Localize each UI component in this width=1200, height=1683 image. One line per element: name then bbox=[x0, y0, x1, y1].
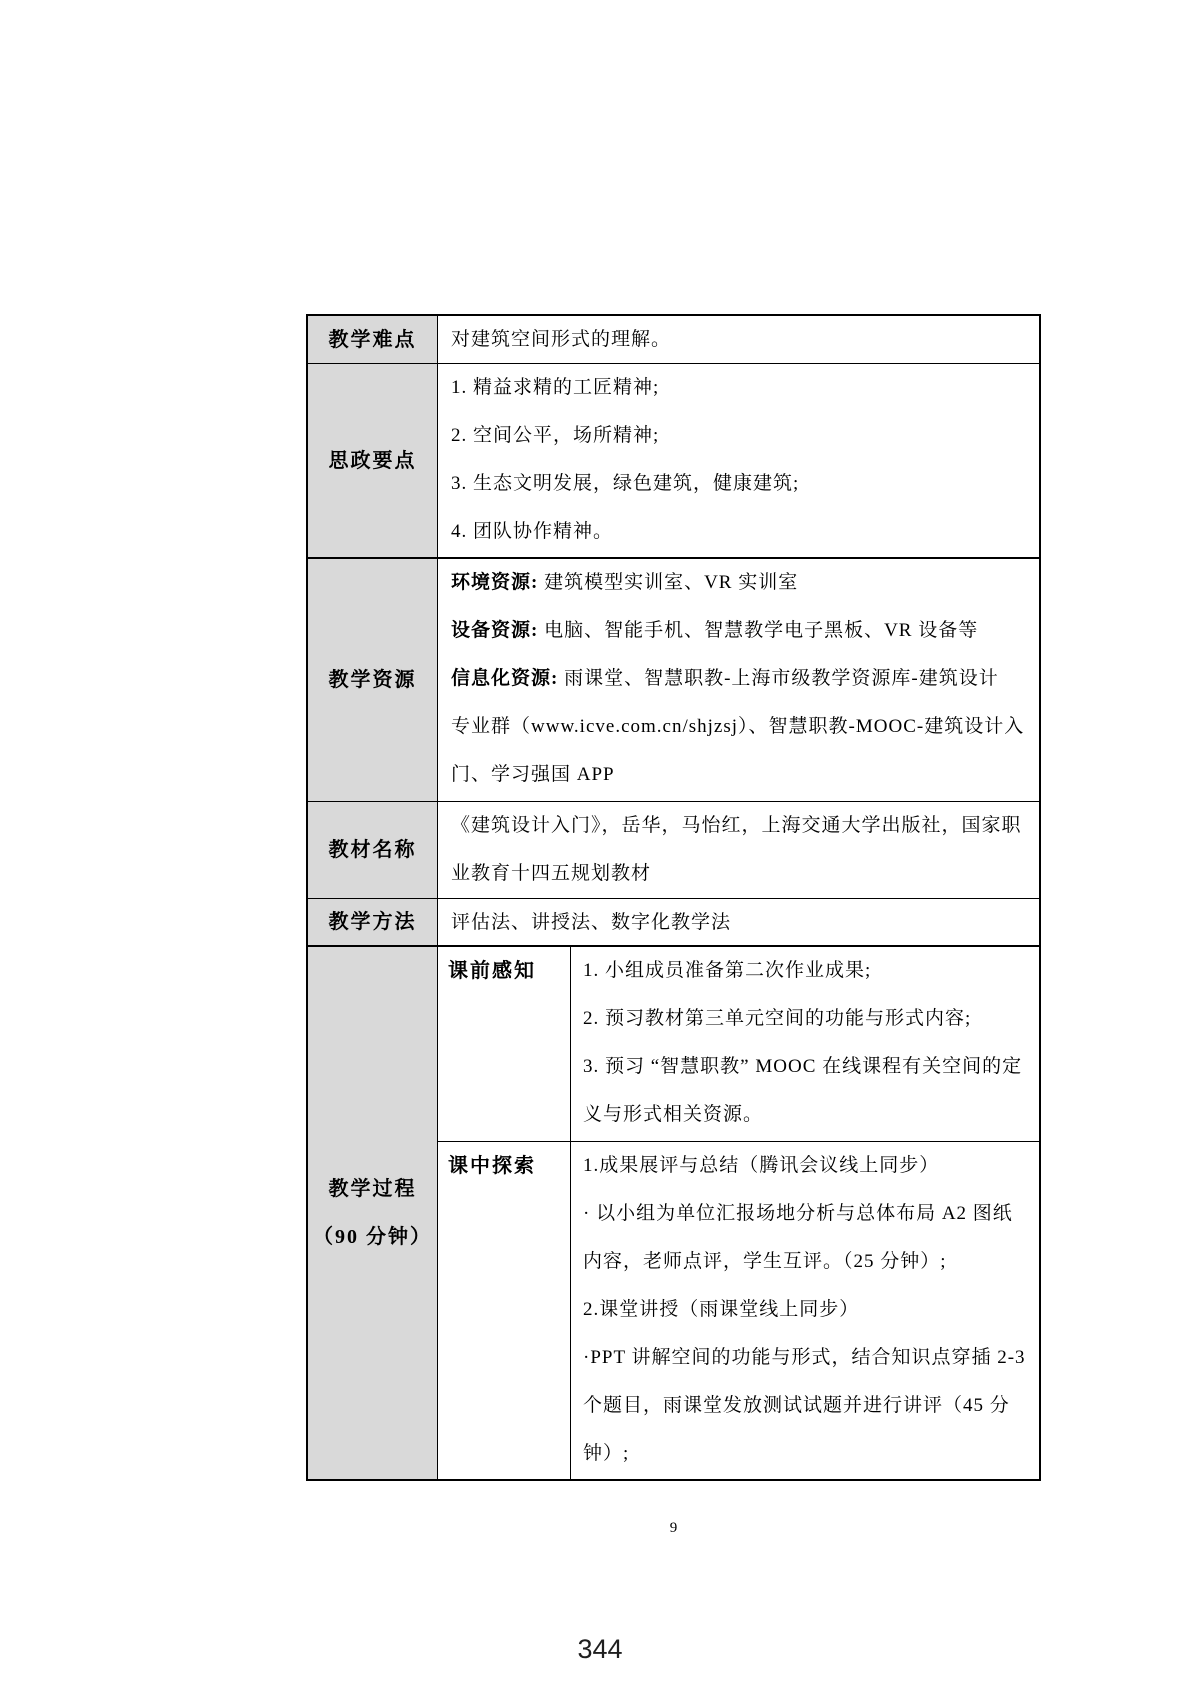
process-phases: 课前感知 1. 小组成员准备第二次作业成果; 2. 预习教材第三单元空间的功能与… bbox=[438, 947, 1039, 1479]
content-line: 义与形式相关资源。 bbox=[583, 1091, 1033, 1139]
content-line: 《建筑设计入门》，岳华，马怡红，上海交通大学出版社，国家职 bbox=[451, 802, 1031, 850]
content-line: 2.课堂讲授（雨课堂线上同步） bbox=[583, 1286, 1033, 1334]
content-ideology-points: 1. 精益求精的工匠精神; 2. 空间公平，场所精神; 3. 生态文明发展，绿色… bbox=[438, 364, 1039, 557]
content-line: 对建筑空间形式的理解。 bbox=[451, 316, 1031, 363]
phase-label: 课前感知 bbox=[448, 947, 570, 995]
document-page: 教学难点 对建筑空间形式的理解。 思政要点 1. 精益求精的工匠精神; 2. 空… bbox=[0, 0, 1200, 1683]
row-ideology-points: 思政要点 1. 精益求精的工匠精神; 2. 空间公平，场所精神; 3. 生态文明… bbox=[308, 364, 1039, 559]
resource-type-label: 环境资源: bbox=[451, 572, 544, 593]
phase-label-cell: 课中探索 bbox=[438, 1142, 571, 1479]
row-teaching-method: 教学方法 评估法、讲授法、数字化教学法 bbox=[308, 899, 1039, 947]
process-label-line2: （90 分钟） bbox=[313, 1213, 432, 1261]
content-line: 内容，老师点评，学生互评。（25 分钟）; bbox=[583, 1238, 1033, 1286]
content-line: 环境资源: 建筑模型实训室、VR 实训室 bbox=[451, 559, 1031, 607]
content-line: 专业群（www.icve.com.cn/shjzsj）、智慧职教-MOOC-建筑… bbox=[451, 703, 1031, 751]
phase-pre-class: 课前感知 1. 小组成员准备第二次作业成果; 2. 预习教材第三单元空间的功能与… bbox=[438, 947, 1039, 1142]
row-textbook-name: 教材名称 《建筑设计入门》，岳华，马怡红，上海交通大学出版社，国家职 业教育十四… bbox=[308, 802, 1039, 899]
content-line: 业教育十四五规划教材 bbox=[451, 850, 1031, 898]
content-line: 3. 生态文明发展，绿色建筑，健康建筑; bbox=[451, 460, 1031, 508]
content-line: 评估法、讲授法、数字化教学法 bbox=[451, 899, 1031, 945]
label-cell-teaching-resources: 教学资源 bbox=[308, 559, 438, 801]
resource-text: 电脑、智能手机、智慧教学电子黑板、VR 设备等 bbox=[544, 620, 978, 641]
label-cell-teaching-process: 教学过程 （90 分钟） bbox=[308, 947, 438, 1479]
content-line: 1. 小组成员准备第二次作业成果; bbox=[583, 947, 1033, 995]
content-line: 门、学习强国 APP bbox=[451, 751, 1031, 799]
content-line: 2. 预习教材第三单元空间的功能与形式内容; bbox=[583, 995, 1033, 1043]
resource-text: 雨课堂、智慧职教-上海市级教学资源库-建筑设计 bbox=[564, 668, 999, 689]
resource-type-label: 信息化资源: bbox=[451, 668, 564, 689]
phase-in-class: 课中探索 1.成果展评与总结（腾讯会议线上同步） · 以小组为单位汇报场地分析与… bbox=[438, 1142, 1039, 1479]
process-label-line1: 教学过程 bbox=[329, 1165, 417, 1213]
row-label: 教学资源 bbox=[329, 656, 417, 704]
content-line: ·PPT 讲解空间的功能与形式，结合知识点穿插 2-3 bbox=[583, 1334, 1033, 1382]
phase-content-pre-class: 1. 小组成员准备第二次作业成果; 2. 预习教材第三单元空间的功能与形式内容;… bbox=[571, 947, 1039, 1141]
phase-label: 课中探索 bbox=[448, 1142, 570, 1190]
phase-label-cell: 课前感知 bbox=[438, 947, 571, 1141]
content-line: 钟）; bbox=[583, 1430, 1033, 1478]
content-line: 1.成果展评与总结（腾讯会议线上同步） bbox=[583, 1142, 1033, 1190]
content-teaching-resources: 环境资源: 建筑模型实训室、VR 实训室 设备资源: 电脑、智能手机、智慧教学电… bbox=[438, 559, 1039, 801]
row-teaching-resources: 教学资源 环境资源: 建筑模型实训室、VR 实训室 设备资源: 电脑、智能手机、… bbox=[308, 559, 1039, 802]
row-label: 教材名称 bbox=[329, 826, 417, 874]
row-teaching-difficulty: 教学难点 对建筑空间形式的理解。 bbox=[308, 316, 1039, 364]
page-number: 9 bbox=[306, 1520, 1041, 1537]
resource-text: 建筑模型实训室、VR 实训室 bbox=[544, 572, 798, 593]
content-line: 设备资源: 电脑、智能手机、智慧教学电子黑板、VR 设备等 bbox=[451, 607, 1031, 655]
content-teaching-method: 评估法、讲授法、数字化教学法 bbox=[438, 899, 1039, 945]
label-cell-teaching-difficulty: 教学难点 bbox=[308, 316, 438, 363]
content-line: 2. 空间公平，场所精神; bbox=[451, 412, 1031, 460]
resource-type-label: 设备资源: bbox=[451, 620, 544, 641]
content-teaching-difficulty: 对建筑空间形式的理解。 bbox=[438, 316, 1039, 363]
label-cell-teaching-method: 教学方法 bbox=[308, 899, 438, 945]
row-label: 教学方法 bbox=[329, 898, 417, 946]
book-page-number: 344 bbox=[0, 1634, 1200, 1665]
row-label: 教学难点 bbox=[329, 316, 417, 364]
row-label: 思政要点 bbox=[329, 437, 417, 485]
content-line: 3. 预习 “智慧职教” MOOC 在线课程有关空间的定 bbox=[583, 1043, 1033, 1091]
phase-content-in-class: 1.成果展评与总结（腾讯会议线上同步） · 以小组为单位汇报场地分析与总体布局 … bbox=[571, 1142, 1039, 1479]
content-line: 个题目，雨课堂发放测试试题并进行讲评（45 分 bbox=[583, 1382, 1033, 1430]
row-teaching-process: 教学过程 （90 分钟） 课前感知 1. 小组成员准备第二次作业成果; 2. 预… bbox=[308, 947, 1039, 1479]
label-cell-ideology-points: 思政要点 bbox=[308, 364, 438, 557]
content-textbook-name: 《建筑设计入门》，岳华，马怡红，上海交通大学出版社，国家职 业教育十四五规划教材 bbox=[438, 802, 1039, 898]
content-line: 信息化资源: 雨课堂、智慧职教-上海市级教学资源库-建筑设计 bbox=[451, 655, 1031, 703]
content-line: 1. 精益求精的工匠精神; bbox=[451, 364, 1031, 412]
content-line: · 以小组为单位汇报场地分析与总体布局 A2 图纸 bbox=[583, 1190, 1033, 1238]
teaching-plan-table: 教学难点 对建筑空间形式的理解。 思政要点 1. 精益求精的工匠精神; 2. 空… bbox=[306, 314, 1041, 1481]
content-line: 4. 团队协作精神。 bbox=[451, 508, 1031, 556]
label-cell-textbook-name: 教材名称 bbox=[308, 802, 438, 898]
